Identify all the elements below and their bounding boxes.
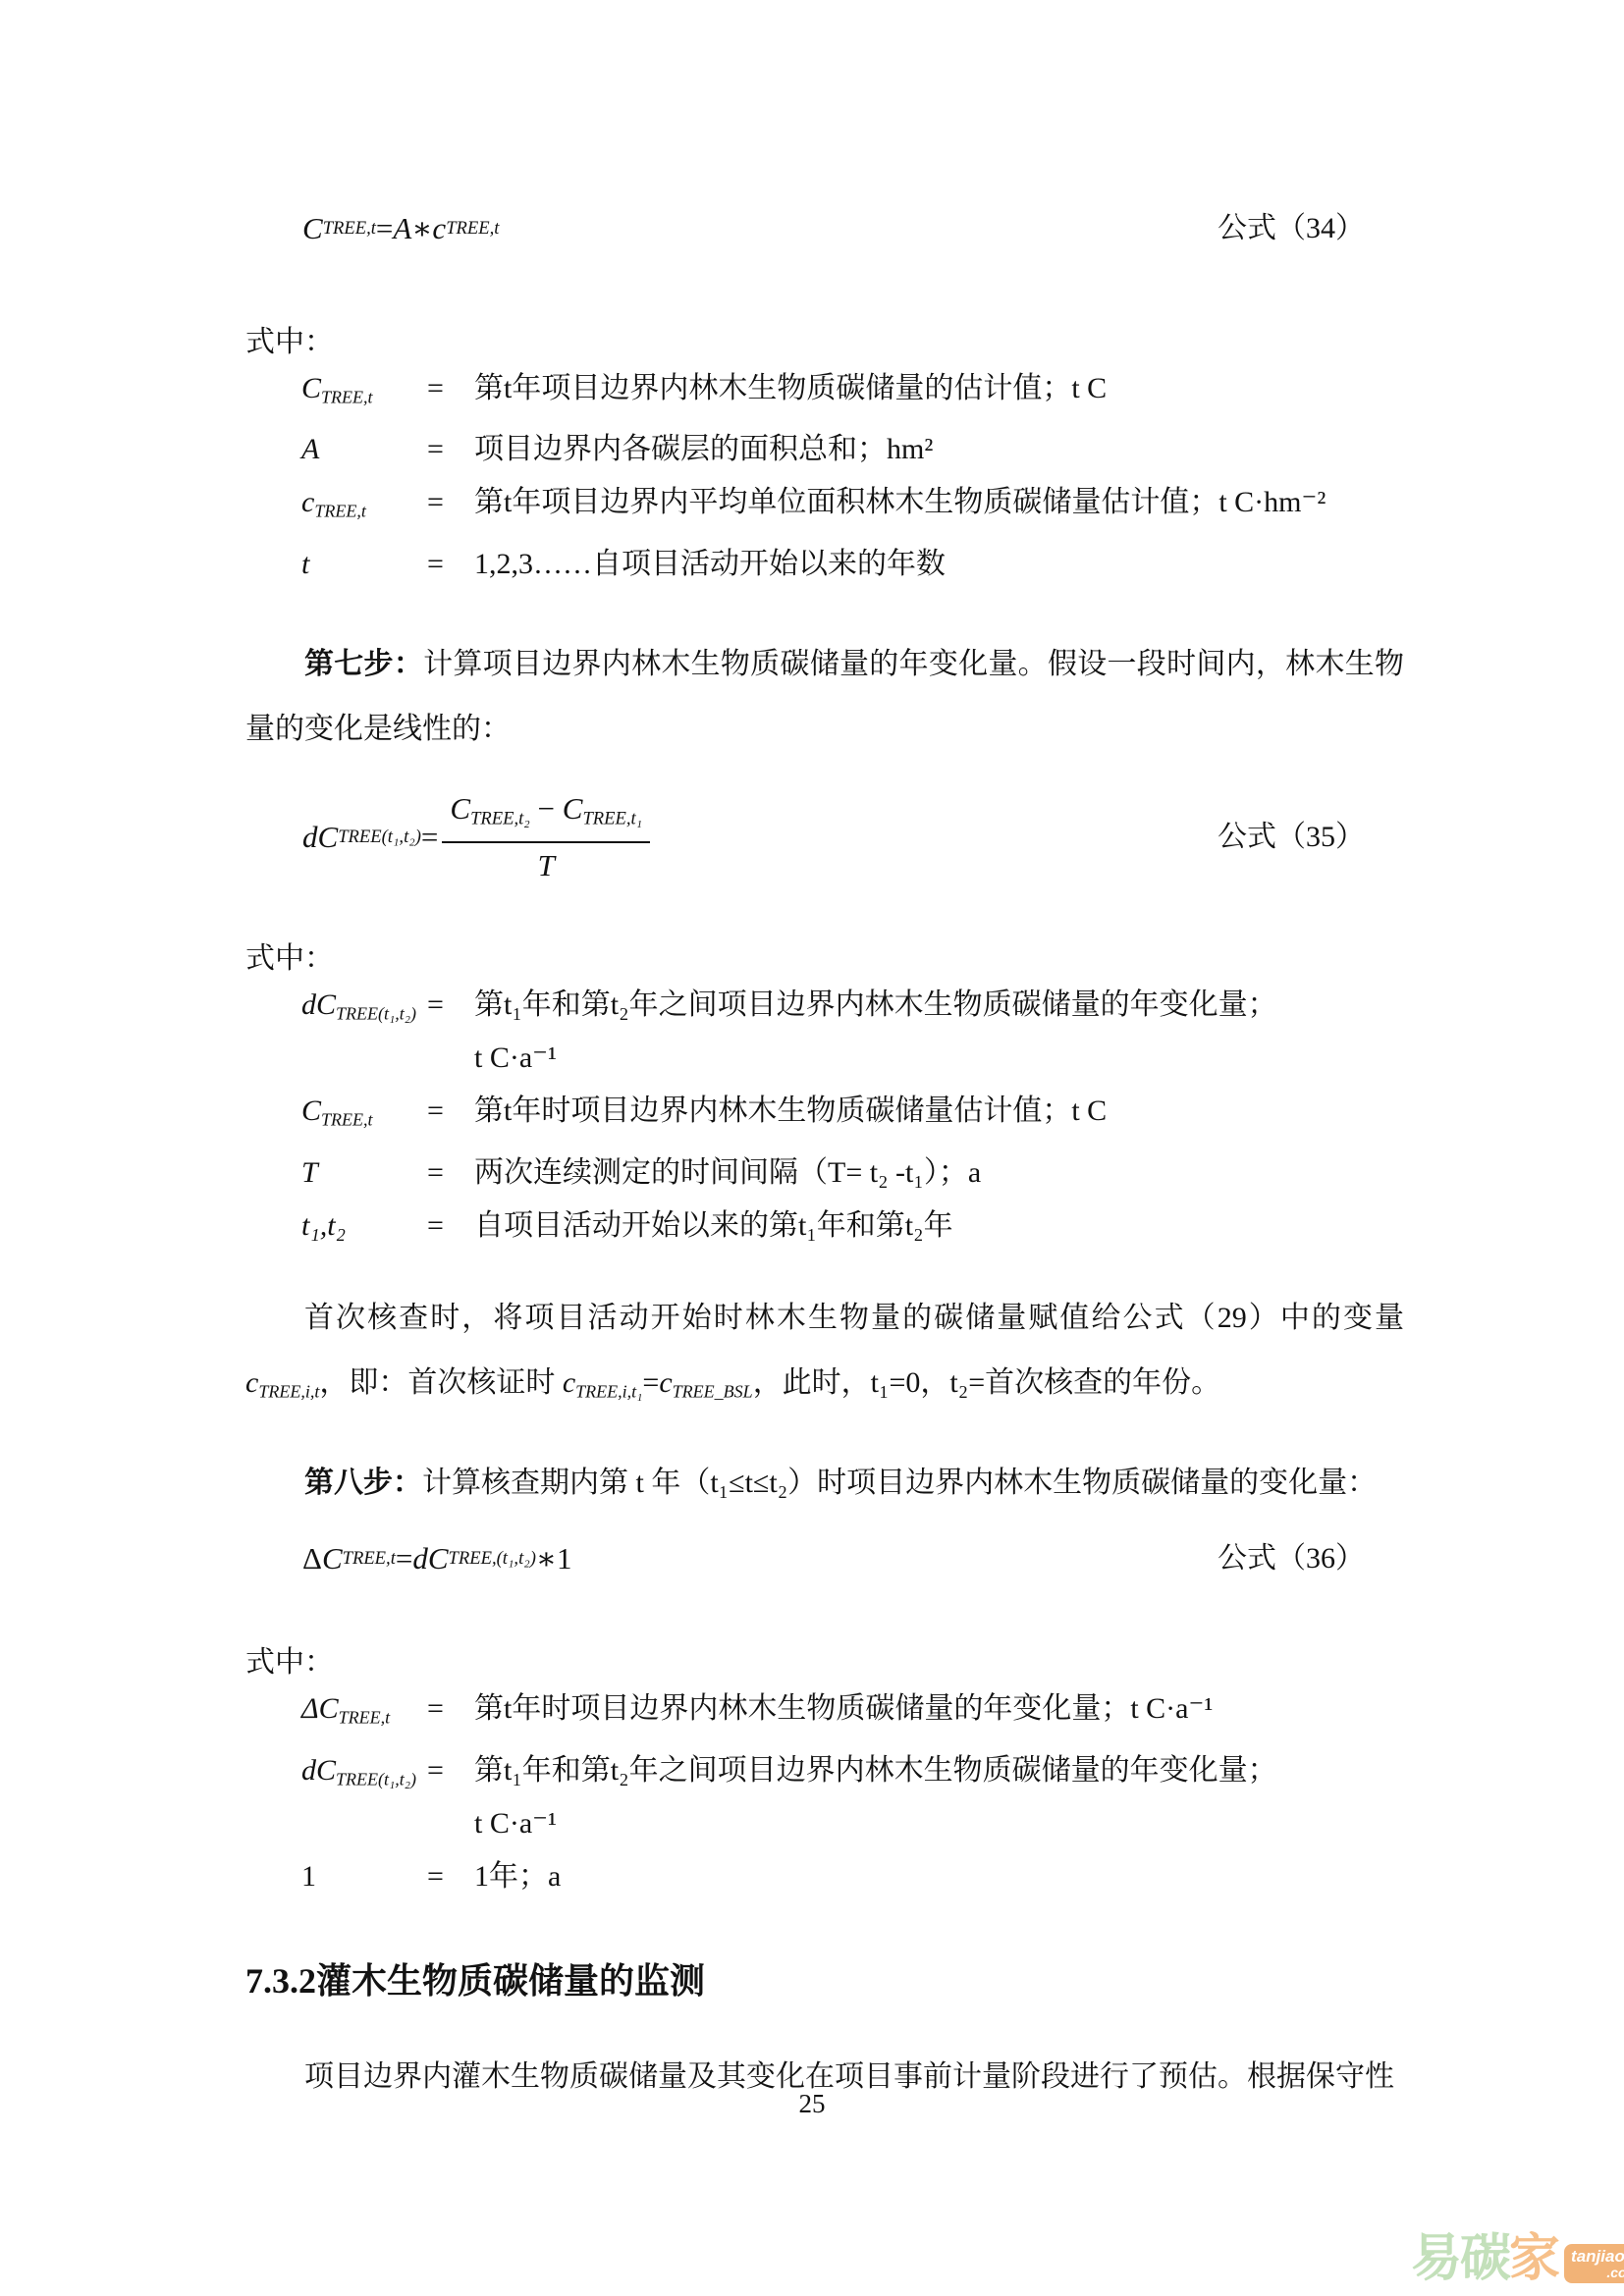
definition-text: 项目边界内各碳层的面积总和；hm² (474, 423, 1404, 476)
definitions-block-2: dCTREE(t₁,t₂)=第t₁年和第t₂年之间项目边界内林木生物质碳储量的年… (245, 979, 1404, 1252)
first-check-sym2-sub: TREE,i,t₁ (575, 1381, 642, 1401)
equation-34-label: 公式（34） (1218, 201, 1404, 256)
where-intro-3: 式中： (245, 1643, 1404, 1682)
definition-text: 第t年时项目边界内林木生物质碳储量的年变化量；t C·a⁻¹ (474, 1682, 1404, 1743)
eq36-lhs: C (322, 1531, 343, 1586)
paragraph-step8: 第八步：计算核查期内第 t 年（t₁≤t≤t₂）时项目边界内林木生物质碳储量的变… (245, 1451, 1404, 1516)
equals-sign: = (427, 362, 474, 423)
section-heading-7-3-2: 7.3.2灌木生物质碳储量的监测 (245, 1958, 1404, 2003)
eq35-lhs-sub: TREE(t₁,t₂) (338, 810, 421, 865)
definition-row: T=两次连续测定的时间间隔（T= t₂ -t₁）；a (301, 1147, 1404, 1200)
definition-symbol: T (301, 1147, 427, 1200)
where-intro-1: 式中： (245, 323, 1404, 362)
definition-symbol: dCTREE(t₁,t₂) (301, 979, 427, 1085)
definition-row: dCTREE(t₁,t₂)=第t₁年和第t₂年之间项目边界内林木生物质碳储量的年… (301, 1744, 1404, 1850)
equals-sign: = (427, 423, 474, 476)
definition-row: CTREE,t=第t年项目边界内林木生物质碳储量的估计值；t C (301, 362, 1404, 423)
page-number: 25 (0, 2089, 1624, 2119)
eq36-equals: = (396, 1531, 412, 1586)
eq34-lhs: C (302, 201, 323, 256)
paragraph-first-check: 首次核查时，将项目活动开始时林木生物量的碳储量赋值给公式（29）中的变量cTRE… (245, 1286, 1404, 1423)
definition-symbol: CTREE,t (301, 362, 427, 423)
eq35-minus: − (530, 791, 563, 826)
eq36-rhs: dC (412, 1531, 448, 1586)
definition-text: 1,2,3……自项目活动开始以来的年数 (474, 538, 1404, 591)
definition-symbol: CTREE,t (301, 1085, 427, 1146)
eq34-rhs-sub: TREE,t (446, 201, 499, 256)
eq35-num2-sub: TREE,t₁ (582, 808, 642, 828)
equation-35: dCTREE(t₁,t₂) = CTREE,t₂ − CTREE,t₁T 公式（… (245, 789, 1404, 886)
definition-row: cTREE,t=第t年项目边界内平均单位面积林木生物质碳储量估计值；t C·hm… (301, 476, 1404, 537)
watermark-badge-line2: .com (1571, 2266, 1624, 2280)
eq36-times-one: ∗1 (536, 1531, 572, 1586)
definition-row: dCTREE(t₁,t₂)=第t₁年和第t₂年之间项目边界内林木生物质碳储量的年… (301, 979, 1404, 1085)
equals-sign: = (427, 1744, 474, 1850)
definition-text: 两次连续测定的时间间隔（T= t₂ -t₁）；a (474, 1147, 1404, 1200)
step8-text: 计算核查期内第 t 年（t₁≤t≤t₂）时项目边界内林木生物质碳储量的变化量： (422, 1467, 1377, 1499)
watermark-badge: tanjiaoyi .com (1564, 2244, 1624, 2283)
eq35-denominator: T (442, 843, 650, 885)
definition-text: 第t年时项目边界内林木生物质碳储量估计值；t C (474, 1085, 1404, 1146)
equals-sign: = (427, 1085, 474, 1146)
equation-34-formula: CTREE,t = A∗cTREE,t (302, 201, 499, 256)
definition-symbol: ΔCTREE,t (301, 1682, 427, 1743)
paragraph-step7: 第七步：计算项目边界内林木生物质碳储量的年变化量。假设一段时间内，林木生物量的变… (245, 632, 1404, 762)
definition-text: 第t₁年和第t₂年之间项目边界内林木生物质碳储量的年变化量；t C·a⁻¹ (474, 1744, 1404, 1850)
definition-row: CTREE,t=第t年时项目边界内林木生物质碳储量估计值；t C (301, 1085, 1404, 1146)
eq35-num2: C (563, 791, 583, 826)
eq35-equals: = (421, 810, 438, 865)
eq34-lhs-sub: TREE,t (323, 201, 376, 256)
equation-36-formula: ΔCTREE,t=dCTREE,(t₁,t₂) ∗1 (302, 1531, 571, 1586)
definition-row: A=项目边界内各碳层的面积总和；hm² (301, 423, 1404, 476)
definition-text: 自项目活动开始以来的第t₁年和第t₂年 (474, 1200, 1404, 1253)
document-content: CTREE,t = A∗cTREE,t 公式（34） 式中： CTREE,t=第… (245, 201, 1404, 2109)
definition-row: 1=1年；a (301, 1850, 1404, 1903)
document-page: CTREE,t = A∗cTREE,t 公式（34） 式中： CTREE,t=第… (0, 0, 1624, 2296)
first-check-sym2: c (563, 1366, 575, 1399)
equation-34: CTREE,t = A∗cTREE,t 公式（34） (245, 201, 1404, 256)
definition-text: 第t年项目边界内林木生物质碳储量的估计值；t C (474, 362, 1404, 423)
step8-lead: 第八步： (304, 1467, 422, 1499)
definition-row: t=1,2,3……自项目活动开始以来的年数 (301, 538, 1404, 591)
first-check-equals: = (642, 1366, 659, 1399)
watermark-badge-line1: tanjiaoyi (1571, 2248, 1624, 2266)
definition-symbol: t₁,t₂ (301, 1200, 427, 1253)
equals-sign: = (427, 1850, 474, 1903)
equals-sign: = (427, 1147, 474, 1200)
equals-sign: = (427, 538, 474, 591)
eq35-fraction: CTREE,t₂ − CTREE,t₁T (442, 789, 650, 886)
equals-sign: = (427, 476, 474, 537)
watermark-char-jia: 家 (1509, 2230, 1558, 2287)
eq34-multiply: ∗ (411, 201, 432, 256)
eq36-delta: Δ (302, 1531, 322, 1586)
step7-lead: 第七步： (304, 648, 423, 680)
first-check-sym1-sub: TREE,i,t (258, 1381, 319, 1401)
definition-symbol: dCTREE(t₁,t₂) (301, 1744, 427, 1850)
eq35-num1: C (450, 791, 470, 826)
definition-text: 第t₁年和第t₂年之间项目边界内林木生物质碳储量的年变化量；t C·a⁻¹ (474, 979, 1404, 1085)
watermark-char-tan: 碳 (1460, 2230, 1509, 2287)
eq36-lhs-sub: TREE,t (343, 1531, 396, 1586)
first-check-sym1: c (245, 1366, 258, 1399)
definition-row: ΔCTREE,t=第t年时项目边界内林木生物质碳储量的年变化量；t C·a⁻¹ (301, 1682, 1404, 1743)
first-check-sym3: c (659, 1366, 672, 1399)
watermark-logo: 易 碳 家 tanjiaoyi .com (1411, 2230, 1624, 2287)
definition-symbol: cTREE,t (301, 476, 427, 537)
definition-symbol: A (301, 423, 427, 476)
first-check-text-3: ，此时，t₁=0，t₂=首次核查的年份。 (753, 1366, 1220, 1399)
first-check-text-1: 首次核查时，将项目活动开始时林木生物量的碳储量赋值给公式（29）中的变量 (304, 1302, 1404, 1334)
eq34-A: A (393, 201, 411, 256)
definition-text: 1年；a (474, 1850, 1404, 1903)
eq35-T: T (538, 848, 555, 882)
equation-35-label: 公式（35） (1218, 810, 1404, 865)
where-intro-2: 式中： (245, 939, 1404, 979)
eq35-numerator: CTREE,t₂ − CTREE,t₁ (442, 789, 650, 844)
first-check-text-2: ，即：首次核证时 (319, 1366, 563, 1399)
eq35-lhs: dC (302, 810, 338, 865)
definition-row: t₁,t₂=自项目活动开始以来的第t₁年和第t₂年 (301, 1200, 1404, 1253)
eq36-rhs-sub: TREE,(t₁,t₂) (449, 1531, 536, 1586)
equation-36-label: 公式（36） (1218, 1531, 1404, 1586)
equals-sign: = (427, 1200, 474, 1253)
eq34-rhs: c (432, 201, 446, 256)
definitions-block-3: ΔCTREE,t=第t年时项目边界内林木生物质碳储量的年变化量；t C·a⁻¹d… (245, 1682, 1404, 1902)
first-check-sym3-sub: TREE_BSL (673, 1381, 753, 1401)
equation-36: ΔCTREE,t=dCTREE,(t₁,t₂) ∗1 公式（36） (245, 1531, 1404, 1586)
definition-symbol: 1 (301, 1850, 427, 1903)
watermark-char-yi: 易 (1411, 2230, 1460, 2287)
definition-text: 第t年项目边界内平均单位面积林木生物质碳储量估计值；t C·hm⁻² (474, 476, 1404, 537)
equals-sign: = (427, 1682, 474, 1743)
definition-symbol: t (301, 538, 427, 591)
equation-35-formula: dCTREE(t₁,t₂) = CTREE,t₂ − CTREE,t₁T (302, 789, 654, 886)
eq34-equals: = (376, 201, 393, 256)
eq35-num1-sub: TREE,t₂ (470, 808, 530, 828)
equals-sign: = (427, 979, 474, 1085)
definitions-block-1: CTREE,t=第t年项目边界内林木生物质碳储量的估计值；t CA=项目边界内各… (245, 362, 1404, 591)
